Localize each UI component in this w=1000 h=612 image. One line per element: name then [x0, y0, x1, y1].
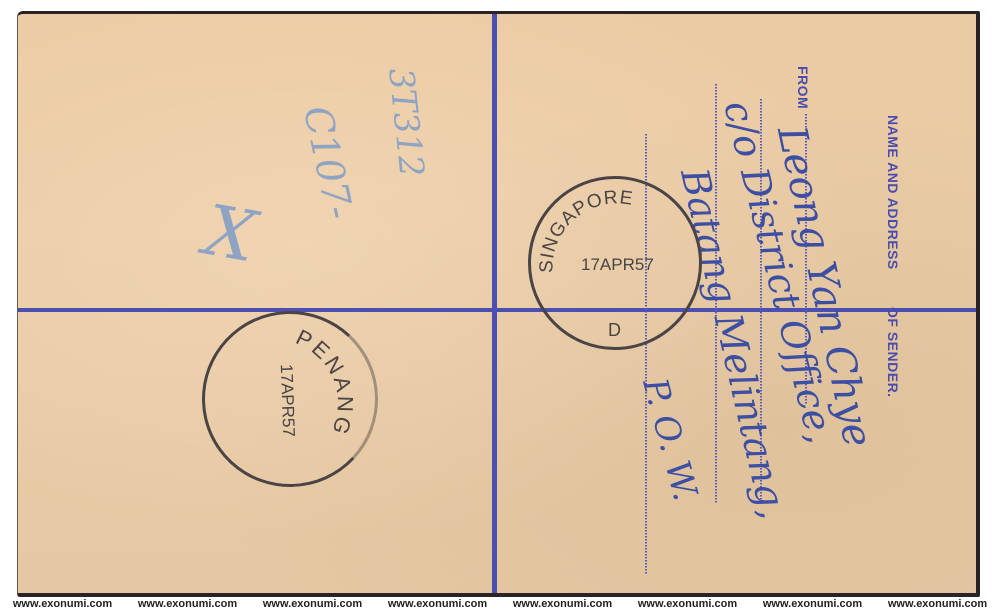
from-label: FROM — [795, 66, 811, 109]
watermark-text: www.exonumi.com — [263, 598, 362, 612]
watermark-text: www.exonumi.com — [138, 598, 237, 612]
of-sender-label: OF SENDER. — [885, 307, 901, 398]
penang-postmark: PENANG 17APR57 — [199, 308, 381, 490]
svg-text:PENANG: PENANG — [291, 323, 359, 443]
watermark-text: www.exonumi.com — [388, 598, 487, 612]
name-and-address-label: NAME AND ADDRESS — [885, 115, 901, 270]
pencil-note-3: X — [199, 189, 262, 278]
singapore-code: D — [608, 320, 621, 341]
watermark-text: www.exonumi.com — [763, 598, 862, 612]
vertical-registration-line — [492, 14, 497, 593]
watermark-text: www.exonumi.com — [13, 598, 112, 612]
pencil-note-2: C107- — [295, 102, 362, 223]
singapore-date: 17APR57 — [581, 255, 654, 275]
envelope: FROM NAME AND ADDRESS OF SENDER. 3T312 C… — [17, 11, 980, 597]
watermark-text: www.exonumi.com — [513, 598, 612, 612]
singapore-postmark: SINGAPORE 17APR57 D — [528, 176, 702, 350]
watermark-footer: www.exonumi.com www.exonumi.com www.exon… — [0, 598, 1000, 612]
watermark-text: www.exonumi.com — [638, 598, 737, 612]
penang-date: 17APR57 — [276, 364, 299, 437]
watermark-text: www.exonumi.com — [888, 598, 987, 612]
pencil-note-1: 3T312 — [380, 66, 431, 179]
penang-city-text: PENANG — [291, 323, 359, 443]
